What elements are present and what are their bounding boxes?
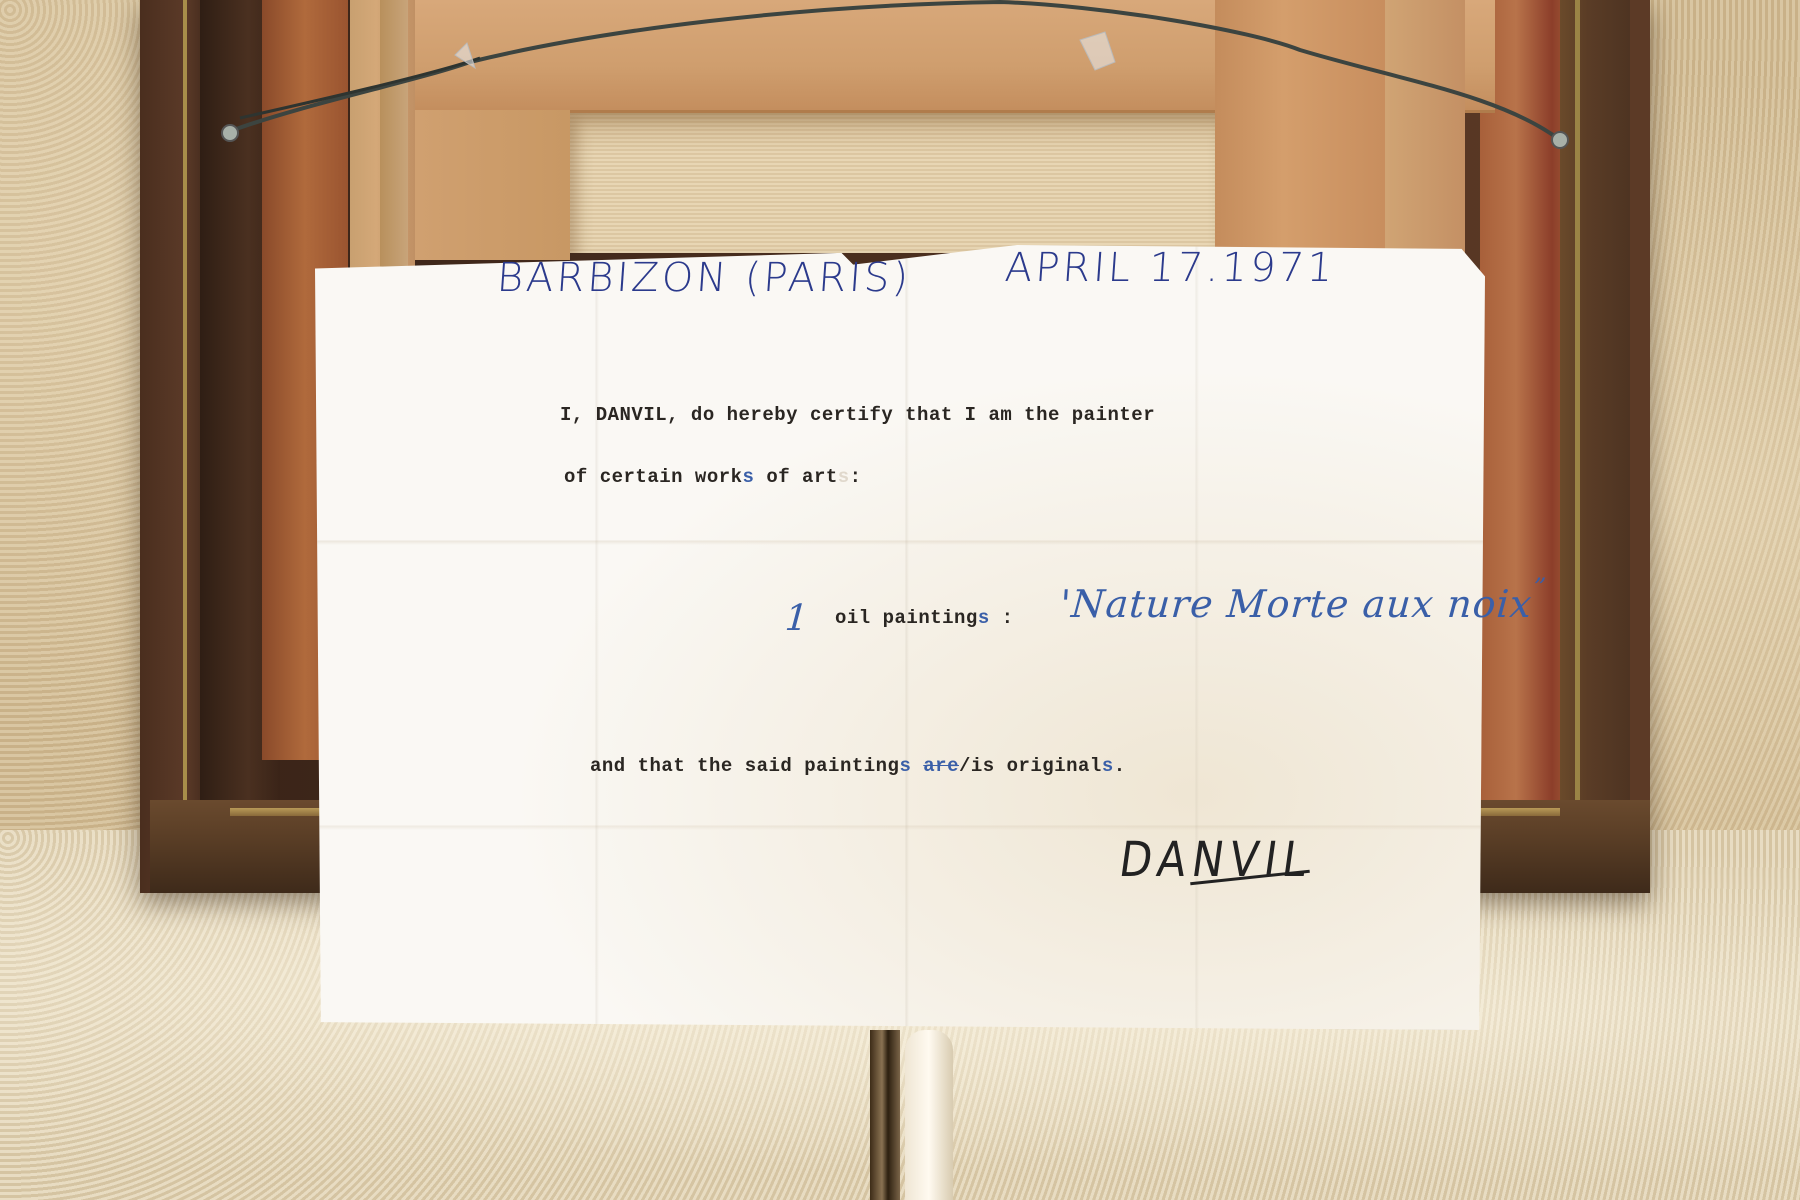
typed-text: :	[990, 607, 1014, 629]
seat-seam	[870, 1030, 900, 1200]
canvas-edge-right	[1385, 0, 1465, 260]
handwritten-painting-title: 'Nature Morte aux noix”	[1058, 582, 1547, 626]
typed-text: /is original	[959, 755, 1102, 777]
struck-letter: s	[978, 607, 990, 629]
struck-letter: s	[743, 466, 755, 488]
frame-gilt-strip-left	[183, 0, 187, 820]
struck-letter: s	[1102, 755, 1114, 777]
canvas-back	[570, 113, 1215, 253]
seat-piping	[905, 1030, 953, 1200]
typed-line-original: and that the said paintings are/is origi…	[590, 755, 1126, 777]
certificate-paper	[315, 245, 1485, 1030]
handwritten-date: APRIL 17.1971	[1003, 245, 1337, 291]
struck-letter: s	[838, 466, 850, 488]
frame-gilt-strip-right	[1575, 0, 1580, 840]
typed-line-oil-paintings: oil paintings :	[835, 607, 1014, 629]
handwritten-quantity: 1	[784, 598, 811, 639]
typed-text: oil painting	[835, 607, 978, 629]
frame-molding-right	[1560, 0, 1630, 850]
handwritten-location: BARBIZON (PARIS)	[495, 255, 912, 301]
typed-text: :	[850, 466, 862, 488]
stretcher-bar-inner-left	[415, 110, 570, 260]
typed-text: of certain work	[564, 466, 743, 488]
stretcher-bar-inner-right	[1215, 0, 1385, 260]
struck-word: are	[923, 755, 959, 777]
typed-text: and that the said painting	[590, 755, 899, 777]
frame-rail-right	[1480, 0, 1570, 800]
painting-title: Nature Morte aux noix	[1070, 582, 1534, 626]
typed-line-works-of-art: of certain works of arts:	[564, 466, 862, 488]
typed-text: .	[1114, 755, 1126, 777]
struck-letter: s	[899, 755, 911, 777]
typed-line-certify: I, DANVIL, do hereby certify that I am t…	[560, 404, 1155, 426]
typed-text: of art	[754, 466, 837, 488]
close-quote: ”	[1532, 573, 1547, 601]
